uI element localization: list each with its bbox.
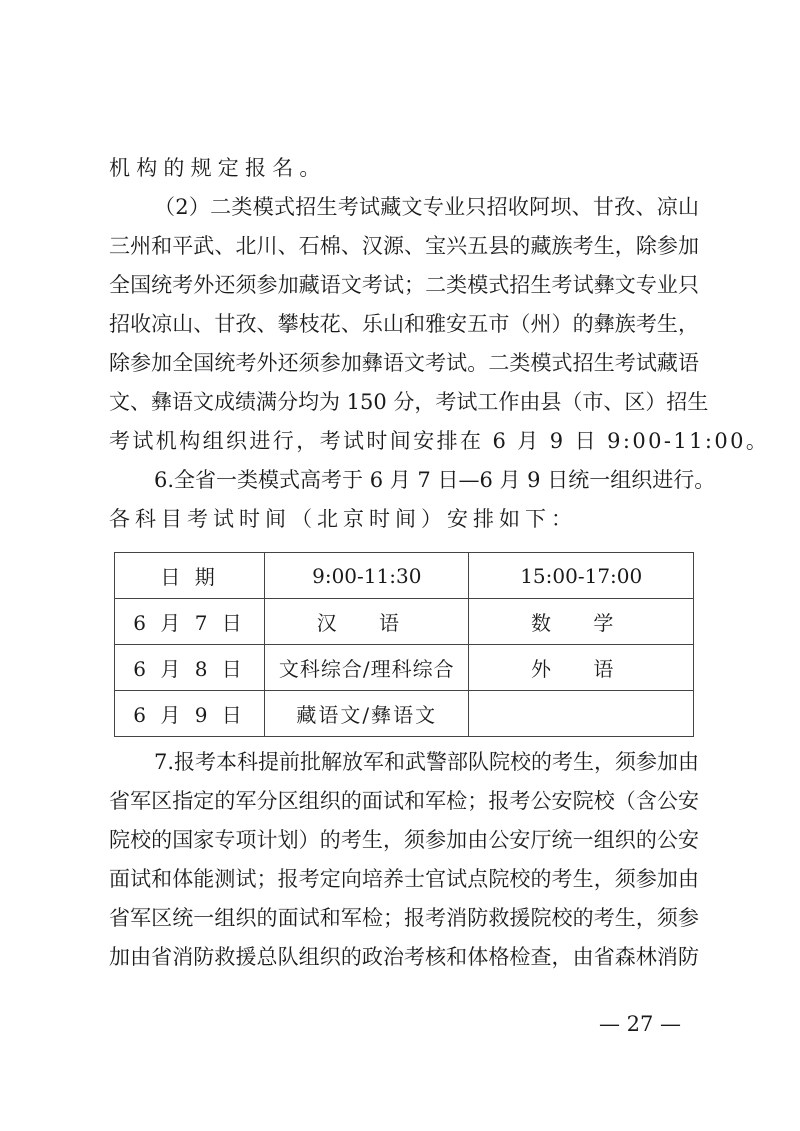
paragraph-line: 省军区指定的军分区组织的面试和军检；报考公安院校（含公安 xyxy=(109,786,699,816)
header-afternoon: 15:00-17:00 xyxy=(469,553,694,599)
cell-date: 6 月 7 日 xyxy=(115,599,265,645)
cell-morning-subject: 藏语文/彝语文 xyxy=(265,691,469,737)
cell-afternoon-subject: 数 学 xyxy=(469,599,694,645)
paragraph-line: 6.全省一类模式高考于 6 月 7 日—6 月 9 日统一组织进行。 xyxy=(154,465,699,495)
cell-morning-subject: 文科综合/理科综合 xyxy=(265,645,469,691)
paragraph-line: 院校的国家专项计划）的考生，须参加由公安厅统一组织的公安 xyxy=(109,825,699,855)
paragraph-line: （2）二类模式招生考试藏文专业只招收阿坝、甘孜、凉山 xyxy=(154,192,699,222)
cell-morning-subject: 汉 语 xyxy=(265,599,469,645)
paragraph-line: 省军区统一组织的面试和军检；报考消防救援院校的考生，须参 xyxy=(109,903,699,933)
exam-schedule-table: 日 期 9:00-11:30 15:00-17:00 6 月 7 日 汉 语 数… xyxy=(114,552,694,737)
paragraph-line: 三州和平武、北川、石棉、汉源、宝兴五县的藏族考生，除参加 xyxy=(109,231,699,261)
header-date: 日 期 xyxy=(115,553,265,599)
table-row: 6 月 7 日 汉 语 数 学 xyxy=(115,599,694,645)
paragraph-line: 机构的规定报名。 xyxy=(109,153,699,183)
cell-date: 6 月 8 日 xyxy=(115,645,265,691)
paragraph-line: 招收凉山、甘孜、攀枝花、乐山和雅安五市（州）的彝族考生， xyxy=(109,309,699,339)
document-page: 机构的规定报名。 （2）二类模式招生考试藏文专业只招收阿坝、甘孜、凉山 三州和平… xyxy=(0,0,800,1131)
cell-afternoon-subject: 外 语 xyxy=(469,645,694,691)
header-morning: 9:00-11:30 xyxy=(265,553,469,599)
cell-date: 6 月 9 日 xyxy=(115,691,265,737)
paragraph-line: 各科目考试时间（北京时间）安排如下： xyxy=(109,504,699,534)
paragraph-line: 全国统考外还须参加藏语文考试；二类模式招生考试彝文专业只 xyxy=(109,270,699,300)
paragraph-line: 加由省消防救援总队组织的政治考核和体格检查，由省森林消防 xyxy=(109,942,699,972)
table-row: 6 月 8 日 文科综合/理科综合 外 语 xyxy=(115,645,694,691)
table-header-row: 日 期 9:00-11:30 15:00-17:00 xyxy=(115,553,694,599)
paragraph-line: 7.报考本科提前批解放军和武警部队院校的考生，须参加由 xyxy=(154,747,699,777)
paragraph-line: 考试机构组织进行，考试时间安排在 6 月 9 日 9:00-11:00。 xyxy=(109,426,699,456)
page-number: — 27 — xyxy=(590,1010,690,1038)
table-row: 6 月 9 日 藏语文/彝语文 xyxy=(115,691,694,737)
paragraph-line: 面试和体能测试；报考定向培养士官试点院校的考生，须参加由 xyxy=(109,864,699,894)
cell-afternoon-subject xyxy=(469,691,694,737)
paragraph-line: 文、彝语文成绩满分均为 150 分，考试工作由县（市、区）招生 xyxy=(109,387,699,417)
paragraph-line: 除参加全国统考外还须参加彝语文考试。二类模式招生考试藏语 xyxy=(109,348,699,378)
